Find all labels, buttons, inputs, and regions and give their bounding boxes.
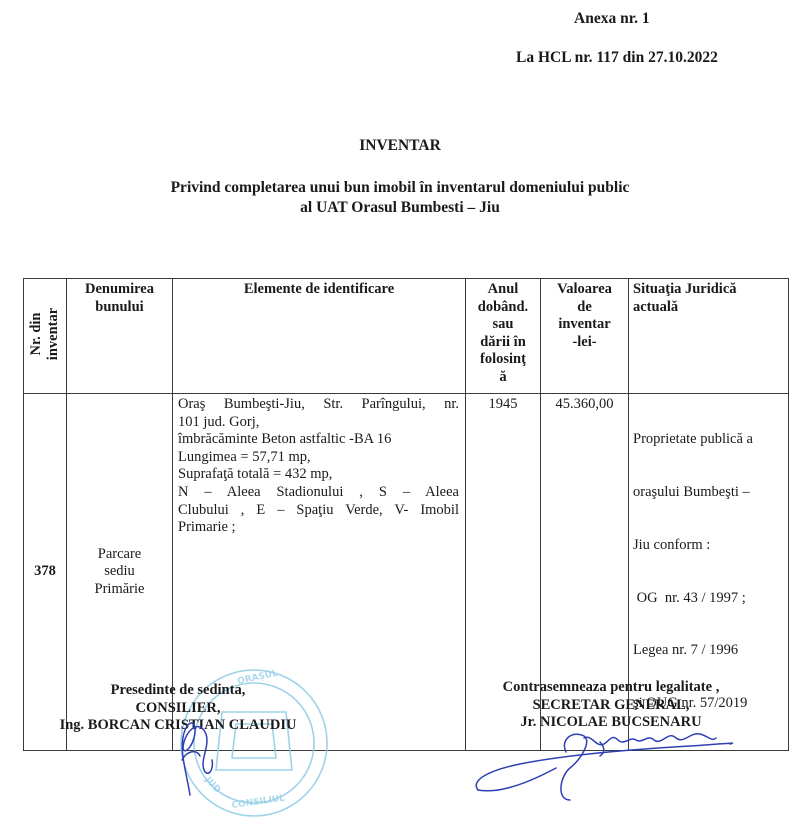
header-situatia-line2: actuală — [633, 299, 784, 317]
header-anul-line: dobând. — [470, 299, 536, 317]
cell-elemente-line: Lungimea = 57,71 mp, — [178, 449, 459, 467]
header-valoarea-line: Valoarea — [545, 281, 624, 299]
header-valoarea-line: de — [545, 299, 624, 317]
header-anul: Anul dobând. sau dării în folosinţ ă — [466, 279, 541, 394]
signature-block-right: Contrasemneaza pentru legalitate , SECRE… — [466, 679, 756, 732]
header-anul-line: sau — [470, 316, 536, 334]
header-nr-inventar: Nr. din inventar — [24, 279, 67, 394]
header-anul-line: ă — [470, 369, 536, 387]
subtitle-line-1: Privind completarea unui bun imobil în i… — [0, 178, 800, 198]
annex-number: Anexa nr. 1 — [574, 10, 650, 28]
header-anul-line: dării în — [470, 334, 536, 352]
cell-situatia-line: Jiu conform : — [633, 537, 784, 555]
subtitle-line-2: al UAT Orasul Bumbesti – Jiu — [0, 198, 800, 218]
header-valoarea-line: inventar — [545, 316, 624, 334]
cell-situatia-line: Proprietate publică a — [633, 431, 784, 449]
sig-right-title: SECRETAR GENERAL, — [466, 697, 756, 715]
svg-text:CONSILIUL: CONSILIUL — [231, 794, 286, 811]
sig-left-title: CONSILIER, — [28, 700, 328, 718]
signature-block-left: Presedinte de sedinta, CONSILIER, Ing. B… — [28, 682, 328, 735]
sig-right-name: Jr. NICOLAE BUCSENARU — [466, 714, 756, 732]
cell-elemente-line: N – Aleea Stadionului , S – Aleea — [178, 484, 459, 502]
cell-elemente-line: 101 jud. Gorj, — [178, 414, 459, 432]
header-anul-line: Anul — [470, 281, 536, 299]
cell-situatia-line: oraşului Bumbeşti – — [633, 484, 784, 502]
document-title: INVENTAR — [0, 137, 800, 155]
table-header-row: Nr. din inventar Denumirea bunului Eleme… — [24, 279, 789, 394]
header-anul-line: folosinţ — [470, 351, 536, 369]
cell-denumire-line: sediu — [71, 563, 168, 581]
header-valoarea: Valoarea de inventar -lei- — [541, 279, 629, 394]
header-elemente: Elemente de identificare — [173, 279, 466, 394]
cell-situatia-line: Legea nr. 7 / 1996 — [633, 642, 784, 660]
header-nr-line2: inventar — [45, 279, 62, 389]
sig-left-name: Ing. BORCAN CRISTIAN CLAUDIU — [28, 717, 328, 735]
cell-denumire-line: Parcare — [71, 546, 168, 564]
sig-left-role: Presedinte de sedinta, — [28, 682, 328, 700]
document-subtitle: Privind completarea unui bun imobil în i… — [0, 178, 800, 218]
decision-reference: La HCL nr. 117 din 27.10.2022 — [516, 49, 718, 67]
header-nr-line1: Nr. din — [28, 279, 45, 389]
cell-elemente-line: îmbrăcăminte Beton astfaltic -BA 16 — [178, 431, 459, 449]
header-denumire-line1: Denumirea — [71, 281, 168, 299]
cell-denumire-line: Primărie — [71, 581, 168, 599]
cell-elemente-line: Primarie ; — [178, 519, 459, 537]
cell-situatia-line: OG nr. 43 / 1997 ; — [633, 590, 784, 608]
svg-text:JUD: JUD — [202, 775, 222, 796]
sig-right-role: Contrasemneaza pentru legalitate , — [466, 679, 756, 697]
header-valoarea-line: -lei- — [545, 334, 624, 352]
header-denumire: Denumirea bunului — [67, 279, 173, 394]
cell-elemente-line: Suprafaţă totală = 432 mp, — [178, 466, 459, 484]
cell-elemente-line: Clubului , E – Spaţiu Verde, V- Imobil — [178, 502, 459, 520]
header-situatia: Situaţia Juridică actuală — [629, 279, 789, 394]
header-situatia-line1: Situaţia Juridică — [633, 281, 784, 299]
cell-elemente-line: Oraş Bumbeşti-Jiu, Str. Parîngului, nr. — [178, 396, 459, 414]
header-denumire-line2: bunului — [71, 299, 168, 317]
